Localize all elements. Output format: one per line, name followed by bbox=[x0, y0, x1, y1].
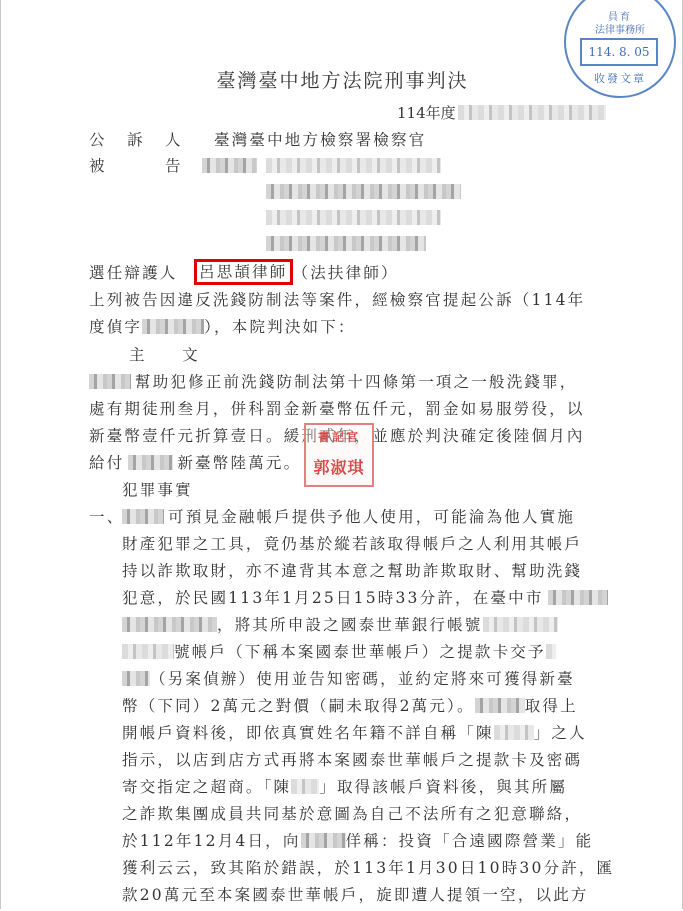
redacted-case-number bbox=[458, 105, 606, 120]
facts-line-14: 獲利云云，致其陷於錯誤，於113年1月30日10時30分許，匯 bbox=[122, 856, 614, 878]
facts-line-10: 指示，以店到店方式再將本案國泰世華帳戶之提款卡及密碼 bbox=[122, 748, 582, 770]
facts-line-13: 於112年12月4日，向 佯稱：投資「合遠國際營業」能 bbox=[122, 829, 593, 851]
clerk-seal-title: 書記官 bbox=[306, 428, 372, 445]
counsel-name-highlight: 呂思頡律師 bbox=[194, 259, 293, 285]
prosecutor-value: 臺灣臺中地方檢察署檢察官 bbox=[214, 131, 426, 149]
redacted-account-number bbox=[483, 617, 558, 632]
case-number: 114年度 bbox=[397, 102, 606, 123]
facts-line-9: 開帳戶資料後，即依真實姓名年籍不詳自稱「陳 」之人 bbox=[122, 721, 587, 743]
counsel-firm: （法扶律師） bbox=[293, 261, 399, 283]
prosecutor-row: 公訴人 臺灣臺中地方檢察署檢察官 bbox=[89, 128, 426, 150]
redacted-defendant-info bbox=[266, 184, 461, 199]
item-marker: 一、 bbox=[89, 505, 122, 527]
facts-line-4: 犯意，於民國113年1月25日15時33分許，在臺中市 bbox=[122, 586, 608, 608]
facts-line-15: 款20萬元至本案國泰世華帳戶，旋即遭人提領一空，以此方 bbox=[122, 883, 589, 905]
redacted-recipient-name bbox=[122, 671, 150, 686]
main-line-4: 給付 新臺幣陸萬元。 bbox=[89, 451, 301, 473]
redacted-alias bbox=[494, 725, 534, 740]
redacted-recipient-name bbox=[546, 644, 556, 659]
section-heading-facts: 犯罪事實 bbox=[122, 478, 193, 500]
facts-line-6: 號帳戶（下稱本案國泰世華帳戶）之提款卡交予 bbox=[122, 640, 556, 662]
redacted-alias bbox=[291, 779, 319, 794]
document-title: 臺灣臺中地方法院刑事判決 bbox=[1, 66, 683, 93]
section-heading-main: 主 文 bbox=[129, 343, 200, 365]
main-line-2: 處有期徒刑叁月，併科罰金新臺幣伍仟元，罰金如易服勞役，以 bbox=[89, 397, 585, 419]
case-number-prefix: 114年度 bbox=[397, 102, 456, 123]
facts-line-1: 一、 可預見金融帳戶提供予他人使用，可能淪為他人實施 bbox=[89, 505, 575, 527]
redacted-defendant-info bbox=[266, 236, 426, 251]
redacted-defendant-info bbox=[266, 158, 441, 173]
main-line-1: 幫助犯修正前洗錢防制法第十四條第一項之一般洗錢罪， bbox=[89, 370, 578, 392]
facts-line-12: 之詐欺集團成員共同基於意圖為自己不法所有之犯意聯絡， bbox=[122, 802, 582, 824]
facts-line-11: 寄交指定之超商。「陳 」取得該帳戶資料後，與其所屬 bbox=[122, 775, 567, 797]
intro-line-1: 上列被告因違反洗錢防制法等案件，經檢察官提起公訴（114年 bbox=[89, 288, 585, 310]
prosecutor-label: 公訴人 bbox=[89, 128, 214, 150]
redacted-address bbox=[548, 590, 608, 605]
counsel-row: 選任辯護人 呂思頡律師 （法扶律師） bbox=[89, 259, 399, 285]
redacted-defendant-name bbox=[202, 158, 257, 173]
defendant-label: 被告 bbox=[89, 154, 214, 176]
counsel-label: 選任辯護人 bbox=[89, 261, 194, 283]
facts-line-8: 幣（下同）2萬元之對價（嗣未取得2萬元）。 取得上 bbox=[122, 694, 578, 716]
facts-line-3: 持以詐欺取財，亦不違背其本意之幫助詐欺取財、幫助洗錢 bbox=[122, 559, 582, 581]
redacted-victim-name bbox=[128, 455, 173, 470]
redacted-victim-name bbox=[301, 833, 346, 848]
redacted-defendant-name bbox=[122, 509, 164, 524]
redacted-account-number bbox=[122, 644, 174, 659]
clerk-seal: 書記官 郭淑琪 bbox=[304, 423, 374, 487]
intro-line-2: 度偵字 ），本院判決如下： bbox=[89, 315, 356, 337]
stamp-date: 114. 8. 05 bbox=[580, 38, 658, 66]
redacted-defendant-name bbox=[89, 374, 131, 389]
redacted-recipient-name bbox=[475, 698, 525, 713]
redacted-address bbox=[122, 617, 217, 632]
facts-line-2: 財產犯罪之工具，竟仍基於縱若該取得帳戶之人利用其帳戶 bbox=[122, 532, 582, 554]
facts-line-7: （另案偵辦）使用並告知密碼，並約定將來可獲得新臺 bbox=[122, 667, 575, 689]
document-page: 員育 法律事務所 114. 8. 05 收發文章 臺灣臺中地方法院刑事判決 11… bbox=[0, 0, 683, 909]
facts-line-5: ，將其所申設之國泰世華銀行帳號 bbox=[122, 613, 558, 635]
defendant-row: 被告 bbox=[89, 154, 214, 176]
stamp-firm-line2: 法律事務所 bbox=[566, 21, 674, 36]
clerk-seal-name: 郭淑琪 bbox=[306, 455, 372, 478]
redacted-indictment-no bbox=[142, 319, 204, 334]
redacted-defendant-info bbox=[266, 210, 441, 225]
